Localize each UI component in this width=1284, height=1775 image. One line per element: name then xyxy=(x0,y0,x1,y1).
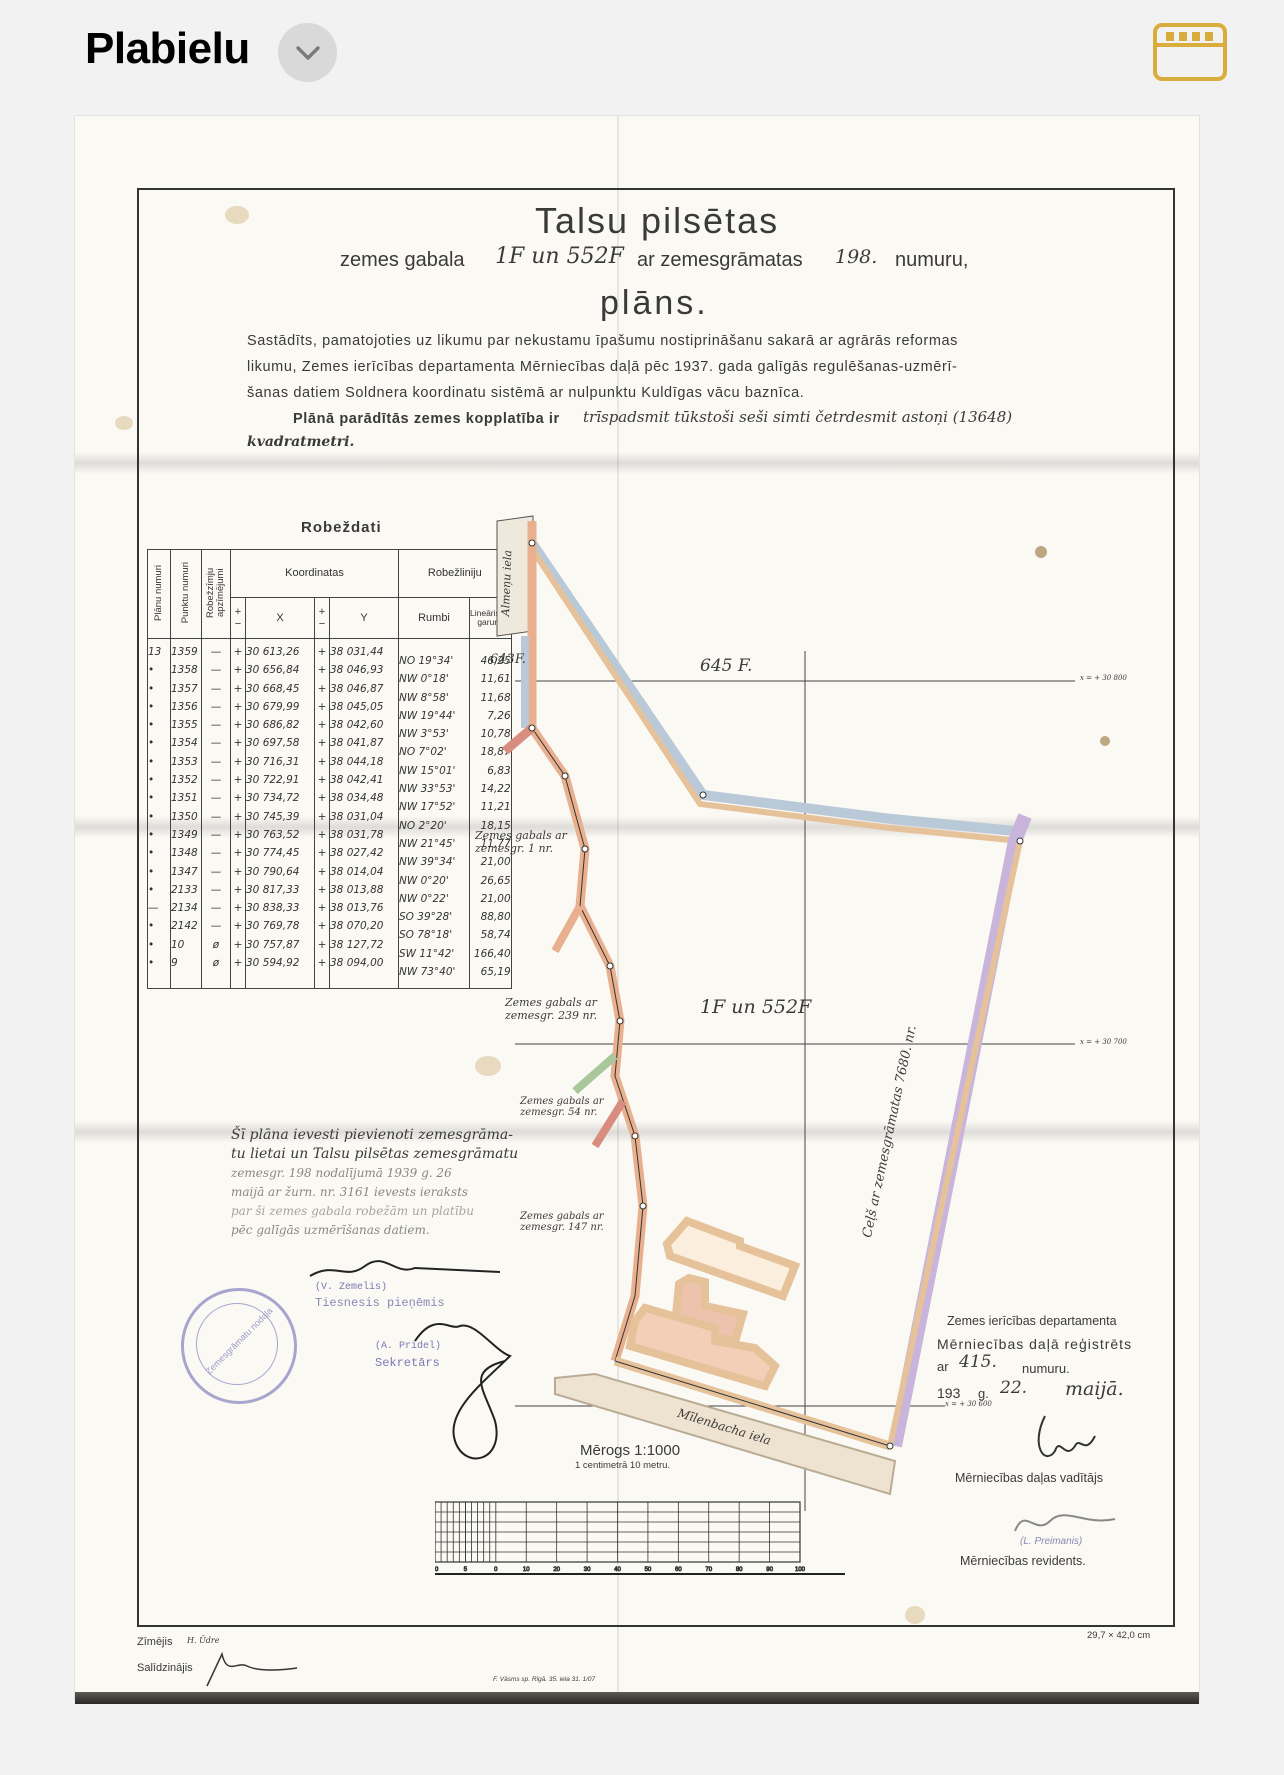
neighbor-label-1: Zemes gabals ar zemesgr. 1 nr. xyxy=(475,829,570,855)
reg-line-1: Zemes ierīcības departamenta xyxy=(947,1314,1117,1328)
head-role: Mērniecības daļas vadītājs xyxy=(955,1471,1103,1485)
svg-text:0: 0 xyxy=(494,1567,498,1573)
registry-stamp: Zemesgrāmatu nodaļa xyxy=(181,1288,297,1404)
signature-head xyxy=(1025,1406,1105,1476)
street-almenu: Almeņu iela xyxy=(499,550,514,617)
view-layout-button[interactable] xyxy=(1152,22,1228,82)
reviser-role: Mērniecības revidents. xyxy=(960,1554,1086,1568)
drawn-by-name: H. Ūdre xyxy=(187,1636,219,1645)
svg-text:10: 10 xyxy=(523,1567,530,1573)
note-line-2: tu lietai un Talsu pilsētas zemesgrāmatu xyxy=(231,1145,518,1164)
note-line-5: par ši zemes gabala robežām un platību xyxy=(231,1202,518,1221)
scale-bar: 1050102030405060708090100 xyxy=(435,1496,845,1576)
neighbor-label-4: Zemes gabals ar zemesgr. 147 nr. xyxy=(520,1211,615,1233)
viewer-header: Plabielu xyxy=(0,0,1284,110)
note-line-1: Šī plāna ievesti pievienoti zemesgrāma- xyxy=(231,1126,518,1145)
parcel-main-label: 1F un 552F xyxy=(700,996,811,1018)
browser-window-icon xyxy=(1152,22,1228,82)
svg-text:80: 80 xyxy=(736,1567,743,1573)
svg-text:60: 60 xyxy=(675,1567,682,1573)
document-edge xyxy=(75,1692,1199,1704)
reg-ar: ar xyxy=(937,1359,949,1374)
parcel-north-label: 645 F. xyxy=(700,656,752,676)
checked-by-label: Salīdzinājis xyxy=(137,1662,193,1674)
paper-size: 29,7 × 42,0 cm xyxy=(1087,1630,1150,1641)
svg-text:10: 10 xyxy=(435,1567,439,1573)
note-line-4: maijā ar žurn. nr. 3161 ievests ieraksts xyxy=(231,1183,518,1202)
reviser-name: (L. Preimanis) xyxy=(1020,1536,1082,1547)
signature-checker xyxy=(197,1646,307,1696)
chevron-down-icon xyxy=(295,45,321,61)
note-line-6: pēc galīgās uzmērīšanas datiem. xyxy=(231,1221,518,1240)
svg-text:100: 100 xyxy=(795,1567,806,1573)
grid-label-x1: x = + 30 800 xyxy=(1080,674,1127,682)
reg-numuru: numuru. xyxy=(1022,1361,1070,1376)
reg-year: 193 xyxy=(937,1385,960,1401)
svg-text:70: 70 xyxy=(705,1567,712,1573)
title-menu-button[interactable] xyxy=(278,23,337,82)
scanned-land-plan[interactable]: Talsu pilsētas zemes gabala 1F un 552F a… xyxy=(75,116,1199,1700)
registry-note: Šī plāna ievesti pievienoti zemesgrāma- … xyxy=(231,1126,518,1240)
svg-text:90: 90 xyxy=(766,1567,773,1573)
building xyxy=(630,1221,795,1386)
parcel-west-label: 643F. xyxy=(490,652,526,667)
signer-1-name: (V. Zemelis) xyxy=(315,1282,387,1293)
scale-sub: 1 centimetrā 10 metru. xyxy=(575,1460,670,1471)
grid-label-x2: x = + 30 700 xyxy=(1080,1038,1127,1046)
reg-g: g. xyxy=(978,1386,989,1401)
document-title[interactable]: Plabielu xyxy=(85,24,250,74)
drawn-by-label: Zīmējis xyxy=(137,1636,172,1648)
reg-line-2: Mērniecības daļā reģistrēts xyxy=(937,1336,1132,1352)
grid-label-x3: x = + 30 600 xyxy=(945,1400,992,1408)
reg-month: maijā. xyxy=(1065,1378,1124,1400)
neighbor-label-3: Zemes gabals ar zemesgr. 54 nr. xyxy=(520,1096,610,1118)
svg-text:20: 20 xyxy=(553,1567,560,1573)
note-line-3: zemesgr. 198 nodalījumā 1939 g. 26 xyxy=(231,1164,518,1183)
svg-text:30: 30 xyxy=(584,1567,591,1573)
scale-label: Mērogs 1:1000 xyxy=(580,1442,680,1459)
neighbor-label-2: Zemes gabals ar zemesgr. 239 nr. xyxy=(505,996,605,1022)
reg-day: 22. xyxy=(1000,1378,1027,1398)
signature-2 xyxy=(405,1301,535,1471)
svg-text:5: 5 xyxy=(464,1567,468,1573)
svg-text:50: 50 xyxy=(645,1567,652,1573)
reg-number: 415. xyxy=(959,1352,997,1372)
svg-text:40: 40 xyxy=(614,1567,621,1573)
printer-imprint: F. Vāsms sp. Rīgā. 35. iela 31. 1/07 xyxy=(493,1676,595,1683)
signature-reviser xyxy=(1005,1501,1125,1541)
